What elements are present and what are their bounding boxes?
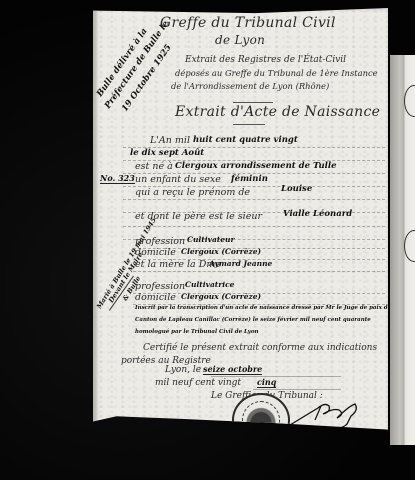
date-handwritten: le dix sept Août (130, 148, 204, 158)
year-cert-handwritten: cinq (257, 377, 276, 388)
annotation-line3: homologué par le Tribunal Civil de Lyon (135, 329, 259, 335)
adjacent-page-edge (390, 55, 415, 445)
adjacent-seal-fragment (404, 230, 415, 262)
first-name-handwritten: Louise (281, 184, 312, 194)
annotation-line1: Inscrit par la transcription d'un acte d… (135, 305, 392, 311)
father-profession-handwritten: Cultivateur (187, 235, 234, 244)
title-rule-bottom (233, 124, 265, 125)
year-handwritten: huit cent quatre vingt (193, 135, 298, 145)
title-rule-top (233, 102, 273, 103)
adjacent-seal-fragment (404, 85, 415, 117)
extract-header-line2: déposés au Greffe du Tribunal de 1ère In… (175, 68, 378, 78)
ruled-line (133, 271, 385, 272)
record-number: No. 323 (100, 173, 135, 184)
sex-label: un enfant du sexe (135, 174, 221, 185)
birthplace-handwritten: Clergoux arrondissement de Tulle (175, 161, 337, 171)
certification-line1: Certifié le présent extrait conforme aux… (143, 343, 377, 353)
first-name-label: qui a reçu le prénom de (135, 187, 250, 198)
document-page: Greffe du Tribunal Civil de Lyon Extrait… (93, 8, 388, 436)
year-label: L'An mil (150, 135, 190, 146)
page-shadow-edge (93, 8, 99, 436)
mother-profession-label: profession (135, 281, 185, 292)
document-title: Extrait d'Acte de Naissance (175, 104, 380, 120)
ruled-line (123, 226, 385, 227)
father-domicile-handwritten: Clergoux (Corrèze) (181, 247, 261, 256)
sex-handwritten: féminin (231, 174, 268, 184)
day-handwritten: seize octobre (203, 364, 262, 375)
place-date-label: Lyon, le (165, 365, 201, 375)
father-name-handwritten: Vialle Léonard (283, 209, 352, 219)
year-cert-label: mil neuf cent vingt (155, 378, 241, 388)
year-line (253, 389, 341, 390)
ruled-line (123, 199, 385, 200)
born-label: est né à (135, 161, 173, 172)
extract-header-line1: Extrait des Registres de l'État-Civil (185, 55, 346, 65)
mother-name-handwritten: Aymard Jeanne (209, 259, 272, 268)
annotation-line2: Canton de Lapleau Canillac (Corrèze) le … (135, 317, 371, 323)
mother-domicile-handwritten: Clergoux (Corrèze) (181, 292, 261, 301)
mother-profession-handwritten: Cultivatrice (185, 280, 234, 289)
office-city: de Lyon (215, 33, 265, 47)
mother-domicile-label: domicile (135, 292, 176, 303)
extract-header-line3: de l'Arrondissement de Lyon (Rhône) (171, 81, 329, 91)
office-title: Greffe du Tribunal Civil (160, 15, 336, 31)
